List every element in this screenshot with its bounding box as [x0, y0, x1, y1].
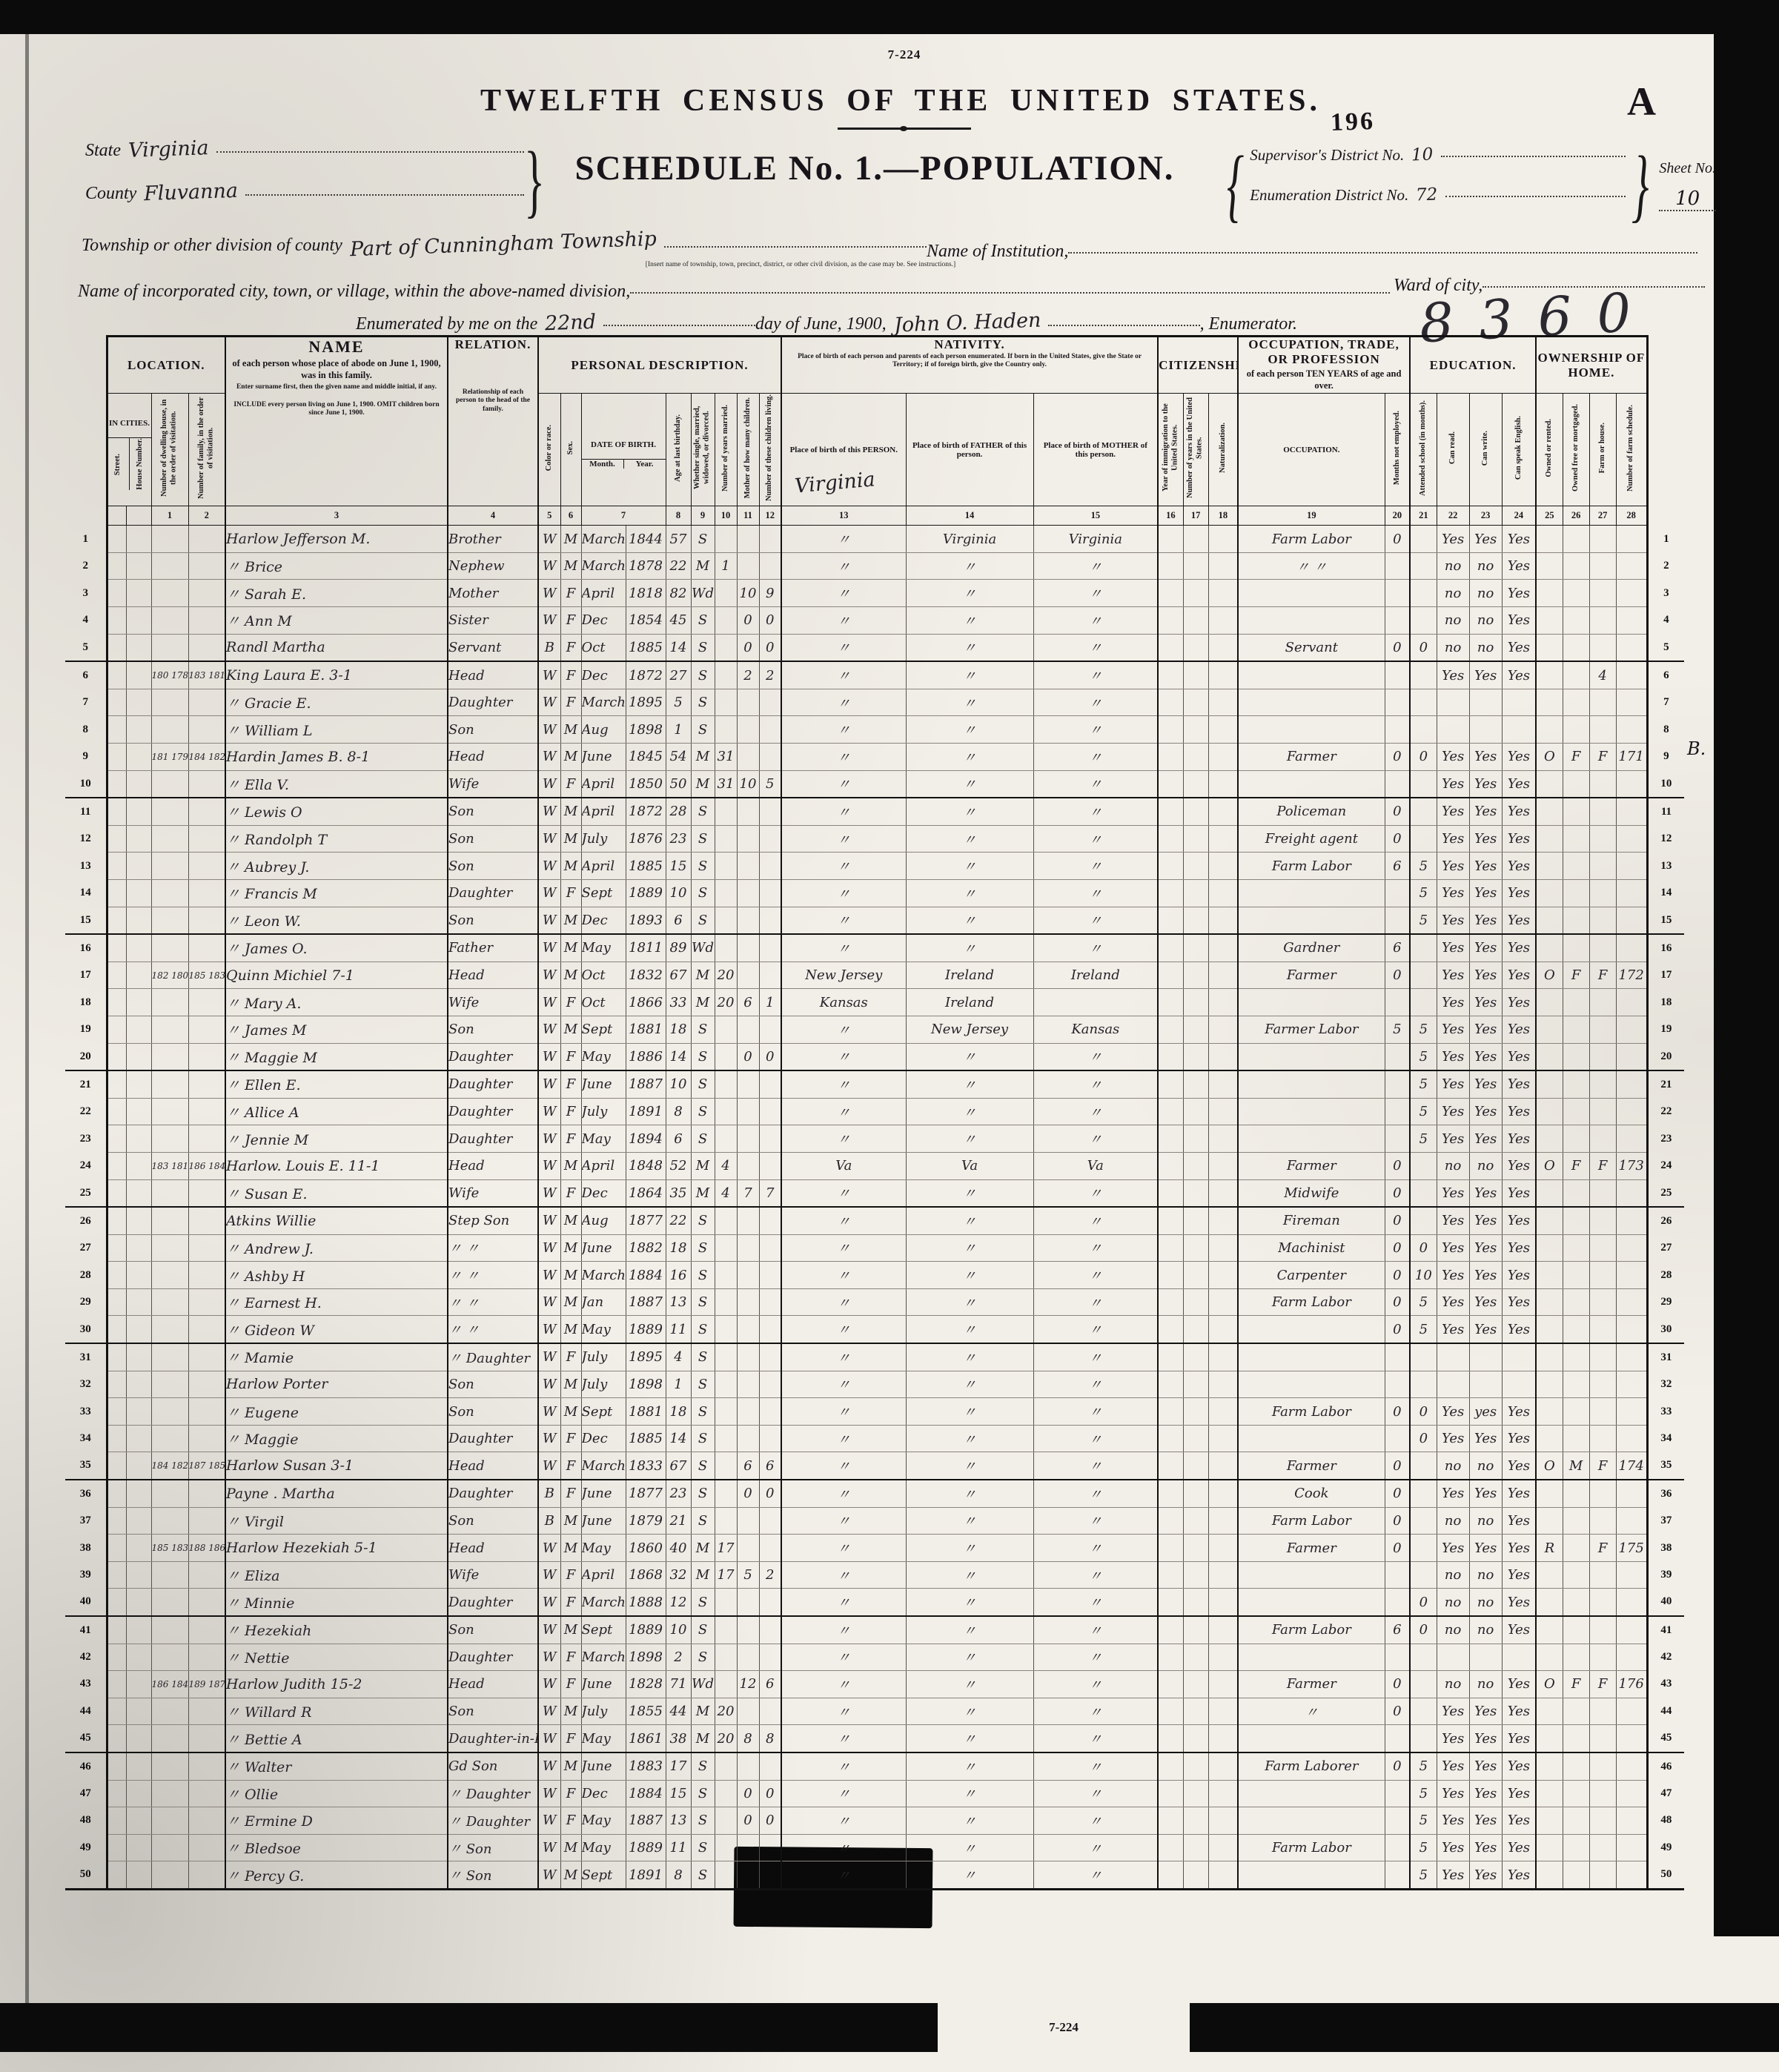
- cell-attended-school: 5: [1410, 1043, 1437, 1070]
- cell-sex: F: [560, 689, 581, 716]
- cell-owned-rented: [1536, 1425, 1563, 1452]
- cell-can-write: Yes: [1469, 1179, 1502, 1207]
- cell-age: 82: [666, 580, 691, 607]
- cell-birth-year: 1866: [626, 989, 666, 1016]
- cell-marital-status: S: [691, 1343, 715, 1371]
- cell-relation: Father: [448, 934, 538, 961]
- cell-occupation: Farmer: [1238, 1671, 1385, 1698]
- cell-months-not-employed: 0: [1385, 1507, 1410, 1535]
- cell-sex: M: [560, 1152, 581, 1179]
- cell-color-race: W: [538, 1671, 560, 1698]
- header-sex: Sex.: [560, 394, 581, 506]
- cell-farm-schedule: [1616, 689, 1647, 716]
- cell-name: 〃 Ollie: [225, 1780, 448, 1807]
- scan-border-top: [0, 0, 1779, 34]
- cell-can-speak-english: [1502, 1343, 1536, 1371]
- cell-mother-birthplace: 〃: [1033, 853, 1158, 880]
- cell-owned-rented: [1536, 1589, 1563, 1616]
- cell-years-married: [715, 1098, 737, 1125]
- cell-relation: Daughter: [448, 1098, 538, 1125]
- row-number-right: 14: [1647, 879, 1684, 907]
- cell-age: 22: [666, 1207, 691, 1234]
- row-number-left: 6: [65, 661, 107, 689]
- cell-naturalization: [1208, 689, 1238, 716]
- cell-mother-of: [737, 879, 759, 907]
- cell-color-race: W: [538, 934, 560, 961]
- cell-naturalization: [1208, 1288, 1238, 1316]
- cell-mother-birthplace: 〃: [1033, 744, 1158, 771]
- cell-years-married: 20: [715, 961, 737, 989]
- mother-of-label: Mother of how many children.: [743, 397, 753, 498]
- cell-mother-of: 2: [737, 661, 759, 689]
- cell-attended-school: [1410, 1535, 1437, 1562]
- cell-father-birthplace: 〃: [906, 744, 1033, 771]
- header-street: Street.: [113, 454, 123, 475]
- cell-immigration-year: [1158, 634, 1183, 661]
- cell-street: [107, 1535, 126, 1562]
- cell-years-married: [715, 634, 737, 661]
- cell-attended-school: 0: [1410, 634, 1437, 661]
- cell-birth-month: May: [581, 1807, 626, 1835]
- cell-years-in-us: [1183, 1098, 1208, 1125]
- cell-name: Payne . Martha: [225, 1480, 448, 1507]
- cell-can-speak-english: Yes: [1502, 853, 1536, 880]
- cell-owned-rented: [1536, 1834, 1563, 1861]
- table-row: 40〃 MinnieDaughterWFMarch188812S〃〃〃0nono…: [65, 1589, 1684, 1616]
- cell-attended-school: [1410, 934, 1437, 961]
- row-number-left: 37: [65, 1507, 107, 1535]
- cell-occupation: [1238, 1070, 1385, 1098]
- cell-birthplace: 〃: [781, 1343, 906, 1371]
- cell-birth-month: March: [581, 689, 626, 716]
- row-number-right: 45: [1647, 1725, 1684, 1752]
- cell-mother-birthplace: 〃: [1033, 1343, 1158, 1371]
- cell-marital-status: M: [691, 1152, 715, 1179]
- cell-birthplace: 〃: [781, 879, 906, 907]
- cell-birth-month: March: [581, 1644, 626, 1671]
- cell-color-race: W: [538, 1725, 560, 1752]
- cell-birth-year: 1876: [626, 825, 666, 853]
- row-number-right: 3: [1647, 580, 1684, 607]
- cell-children-living: 0: [759, 1043, 781, 1070]
- cell-color-race: W: [538, 1043, 560, 1070]
- cell-mother-birthplace: 〃: [1033, 1535, 1158, 1562]
- row-number-right: 21: [1647, 1070, 1684, 1098]
- cell-owned-rented: [1536, 1343, 1563, 1371]
- cell-attended-school: 0: [1410, 744, 1437, 771]
- cell-attended-school: [1410, 526, 1437, 553]
- cell-farm-house: [1589, 1644, 1616, 1671]
- cell-farm-schedule: [1616, 1480, 1647, 1507]
- cell-free-mortgaged: [1563, 1861, 1589, 1890]
- cell-relation: Head: [448, 1535, 538, 1562]
- cell-immigration-year: [1158, 1343, 1183, 1371]
- farm-schedule-label: Number of farm schedule.: [1626, 405, 1636, 491]
- cell-free-mortgaged: [1563, 1043, 1589, 1070]
- cell-name: 〃 James M: [225, 1016, 448, 1043]
- cell-can-write: Yes: [1469, 989, 1502, 1016]
- cell-street: [107, 1043, 126, 1070]
- cell-free-mortgaged: [1563, 853, 1589, 880]
- cell-age: 14: [666, 634, 691, 661]
- cell-can-write: Yes: [1469, 1480, 1502, 1507]
- cell-relation: Son: [448, 716, 538, 744]
- cell-father-birthplace: 〃: [906, 1834, 1033, 1861]
- cell-birth-year: 1891: [626, 1861, 666, 1890]
- cell-color-race: W: [538, 1125, 560, 1153]
- cell-street: [107, 1644, 126, 1671]
- cell-birthplace: 〃: [781, 1861, 906, 1890]
- cell-can-speak-english: Yes: [1502, 1561, 1536, 1589]
- cell-free-mortgaged: [1563, 1780, 1589, 1807]
- cell-immigration-year: [1158, 1671, 1183, 1698]
- cell-children-living: [759, 879, 781, 907]
- brace-left: {: [1227, 145, 1244, 226]
- cell-can-write: Yes: [1469, 1834, 1502, 1861]
- cell-marital-status: S: [691, 1207, 715, 1234]
- relation-title: RELATION.: [448, 337, 537, 352]
- table-row: 42〃 NettieDaughterWFMarch18982S〃〃〃42: [65, 1644, 1684, 1671]
- cell-free-mortgaged: [1563, 607, 1589, 635]
- row-number-right: 46: [1647, 1752, 1684, 1780]
- cell-father-birthplace: 〃: [906, 1207, 1033, 1234]
- cell-years-in-us: [1183, 1316, 1208, 1343]
- cell-street: [107, 1098, 126, 1125]
- row-number-left: 28: [65, 1262, 107, 1289]
- cell-house-number: [126, 1780, 151, 1807]
- col-number: 27: [1589, 506, 1616, 526]
- cell-house-number: [126, 1752, 151, 1780]
- cell-color-race: W: [538, 1834, 560, 1861]
- cell-can-write: Yes: [1469, 1262, 1502, 1289]
- cell-years-married: 20: [715, 989, 737, 1016]
- cell-birth-month: Sept: [581, 1616, 626, 1644]
- cell-owned-rented: [1536, 1698, 1563, 1725]
- cell-marital-status: S: [691, 716, 715, 744]
- cell-house-number: [126, 1371, 151, 1398]
- cell-marital-status: S: [691, 689, 715, 716]
- cell-occupation: [1238, 1425, 1385, 1452]
- cell-color-race: B: [538, 1480, 560, 1507]
- footer-form-number-text: 7-224: [1049, 2020, 1079, 2035]
- cell-can-read: Yes: [1437, 526, 1469, 553]
- cell-can-read: no: [1437, 1671, 1469, 1698]
- header-house-number: House Number.: [136, 438, 145, 490]
- cell-can-speak-english: Yes: [1502, 961, 1536, 989]
- can-speak-label: Can speak English.: [1514, 416, 1524, 480]
- cell-owned-rented: [1536, 1043, 1563, 1070]
- cell-mother-birthplace: 〃: [1033, 716, 1158, 744]
- cell-attended-school: [1410, 689, 1437, 716]
- cell-marital-status: M: [691, 961, 715, 989]
- cell-can-speak-english: Yes: [1502, 1807, 1536, 1835]
- cell-months-not-employed: 0: [1385, 1535, 1410, 1562]
- cell-can-write: Yes: [1469, 1780, 1502, 1807]
- cell-immigration-year: [1158, 1288, 1183, 1316]
- cell-can-speak-english: Yes: [1502, 934, 1536, 961]
- cell-naturalization: [1208, 526, 1238, 553]
- cell-relation: Head: [448, 744, 538, 771]
- cell-owned-rented: O: [1536, 961, 1563, 989]
- cell-free-mortgaged: [1563, 661, 1589, 689]
- in-cities-label: IN CITIES.: [108, 409, 151, 438]
- cell-relation: Head: [448, 1152, 538, 1179]
- cell-can-speak-english: Yes: [1502, 1262, 1536, 1289]
- col-number: 5: [538, 506, 560, 526]
- cell-can-speak-english: Yes: [1502, 1098, 1536, 1125]
- cell-house-number: [126, 1398, 151, 1426]
- cell-can-write: no: [1469, 1561, 1502, 1589]
- cell-birth-year: 1889: [626, 1616, 666, 1644]
- cell-age: 4: [666, 1343, 691, 1371]
- cell-attended-school: 0: [1410, 1589, 1437, 1616]
- cell-name: 〃 Ellen E.: [225, 1070, 448, 1098]
- cell-immigration-year: [1158, 1070, 1183, 1098]
- cell-dwelling-number: [151, 1234, 188, 1262]
- cell-months-not-employed: 6: [1385, 853, 1410, 880]
- row-number-left: 3: [65, 580, 107, 607]
- cell-can-read: [1437, 716, 1469, 744]
- cell-can-read: Yes: [1437, 879, 1469, 907]
- cell-months-not-employed: 0: [1385, 1179, 1410, 1207]
- cell-months-not-employed: [1385, 1343, 1410, 1371]
- cell-children-living: [759, 1644, 781, 1671]
- cell-marital-status: S: [691, 1234, 715, 1262]
- cell-occupation: Gardner: [1238, 934, 1385, 961]
- cell-sex: M: [560, 1316, 581, 1343]
- cell-farm-schedule: [1616, 552, 1647, 580]
- cell-mother-of: 12: [737, 1671, 759, 1698]
- cell-birth-year: 1881: [626, 1398, 666, 1426]
- cell-can-speak-english: Yes: [1502, 552, 1536, 580]
- cell-farm-house: [1589, 853, 1616, 880]
- cell-years-married: [715, 716, 737, 744]
- cell-years-married: [715, 1752, 737, 1780]
- cell-marital-status: M: [691, 1561, 715, 1589]
- cell-family-number: [188, 1234, 225, 1262]
- col-number: 12: [759, 506, 781, 526]
- cell-children-living: [759, 853, 781, 880]
- cell-name: 〃 Ermine D: [225, 1807, 448, 1835]
- cell-age: 18: [666, 1234, 691, 1262]
- cell-birthplace: 〃: [781, 1316, 906, 1343]
- cell-birthplace: 〃: [781, 1207, 906, 1234]
- cell-can-write: Yes: [1469, 853, 1502, 880]
- cell-name: 〃 Bledsoe: [225, 1834, 448, 1861]
- cell-mother-birthplace: 〃: [1033, 1043, 1158, 1070]
- cell-street: [107, 989, 126, 1016]
- cell-sex: F: [560, 661, 581, 689]
- cell-marital-status: S: [691, 1371, 715, 1398]
- cell-birth-year: 1872: [626, 661, 666, 689]
- cell-dwelling-number: 184 182: [151, 1452, 188, 1480]
- cell-birth-month: Dec: [581, 607, 626, 635]
- cell-relation: 〃 Son: [448, 1861, 538, 1890]
- cell-can-write: Yes: [1469, 1316, 1502, 1343]
- cell-children-living: [759, 1834, 781, 1861]
- cell-mother-birthplace: 〃: [1033, 1861, 1158, 1890]
- cell-attended-school: [1410, 770, 1437, 798]
- cell-farm-house: [1589, 1098, 1616, 1125]
- cell-mother-birthplace: 〃: [1033, 689, 1158, 716]
- cell-can-write: no: [1469, 1452, 1502, 1480]
- cell-can-write: Yes: [1469, 744, 1502, 771]
- cell-can-read: Yes: [1437, 1316, 1469, 1343]
- cell-occupation: [1238, 1861, 1385, 1890]
- header-family-number: Number of family, in the order of visita…: [188, 394, 225, 506]
- cell-birthplace: 〃: [781, 798, 906, 825]
- cell-occupation: [1238, 1043, 1385, 1070]
- col-number: 13: [781, 506, 906, 526]
- cell-farm-house: [1589, 1425, 1616, 1452]
- state-line: State Virginia: [85, 138, 524, 181]
- cell-birthplace: 〃: [781, 1398, 906, 1426]
- cell-family-number: [188, 1262, 225, 1289]
- children-living-label: Number of these children living.: [765, 394, 775, 501]
- cell-can-speak-english: Yes: [1502, 1288, 1536, 1316]
- cell-mother-of: 10: [737, 770, 759, 798]
- cell-years-married: [715, 1644, 737, 1671]
- cell-years-in-us: [1183, 1535, 1208, 1562]
- cell-immigration-year: [1158, 1207, 1183, 1234]
- cell-owned-rented: [1536, 798, 1563, 825]
- cell-sex: F: [560, 1644, 581, 1671]
- cell-mother-of: [737, 1752, 759, 1780]
- cell-mother-of: [737, 526, 759, 553]
- cell-age: 22: [666, 552, 691, 580]
- cell-years-in-us: [1183, 580, 1208, 607]
- cell-color-race: W: [538, 825, 560, 853]
- cell-mother-of: [737, 1616, 759, 1644]
- cell-can-write: yes: [1469, 1398, 1502, 1426]
- cell-years-married: [715, 907, 737, 934]
- col-number: 4: [448, 506, 538, 526]
- row-number-left: 33: [65, 1398, 107, 1426]
- table-row: 35184 182187 185Harlow Susan 3-1HeadWFMa…: [65, 1452, 1684, 1480]
- cell-father-birthplace: 〃: [906, 634, 1033, 661]
- cell-relation: 〃 〃: [448, 1316, 538, 1343]
- cell-mother-of: [737, 1070, 759, 1098]
- county-value: Fluvanna: [136, 179, 246, 205]
- margin-note: B.: [1687, 738, 1706, 759]
- cell-marital-status: M: [691, 744, 715, 771]
- header-occupation: OCCUPATION, TRADE, OR PROFESSION of each…: [1238, 337, 1410, 394]
- cell-farm-schedule: [1616, 607, 1647, 635]
- cell-color-race: W: [538, 1316, 560, 1343]
- row-number-right: 35: [1647, 1452, 1684, 1480]
- cell-birth-year: 1818: [626, 580, 666, 607]
- cell-age: 67: [666, 961, 691, 989]
- cell-mother-of: [737, 1125, 759, 1153]
- cell-mother-of: [737, 853, 759, 880]
- cell-can-write: no: [1469, 1507, 1502, 1535]
- cell-house-number: [126, 989, 151, 1016]
- cell-occupation: Policeman: [1238, 798, 1385, 825]
- cell-farm-schedule: [1616, 1207, 1647, 1234]
- cell-relation: Head: [448, 1452, 538, 1480]
- name-desc: of each person whose place of abode on J…: [226, 357, 447, 383]
- cell-mother-of: 10: [737, 580, 759, 607]
- cell-months-not-employed: [1385, 1834, 1410, 1861]
- cell-family-number: [188, 1725, 225, 1752]
- free-mortgaged-label: Owned free or mortgaged.: [1571, 404, 1581, 491]
- cell-house-number: [126, 607, 151, 635]
- cell-street: [107, 1616, 126, 1644]
- cell-can-speak-english: [1502, 689, 1536, 716]
- cell-age: 18: [666, 1398, 691, 1426]
- cell-age: 28: [666, 798, 691, 825]
- cell-immigration-year: [1158, 961, 1183, 989]
- cell-children-living: 0: [759, 607, 781, 635]
- cell-farm-house: [1589, 689, 1616, 716]
- cell-mother-of: [737, 1834, 759, 1861]
- cell-farm-house: [1589, 1179, 1616, 1207]
- cell-marital-status: S: [691, 661, 715, 689]
- cell-color-race: W: [538, 552, 560, 580]
- cell-farm-house: [1589, 770, 1616, 798]
- row-number-right: 41: [1647, 1616, 1684, 1644]
- header-relation: RELATION. Relationship of each person to…: [448, 337, 538, 506]
- cell-age: 17: [666, 1752, 691, 1780]
- cell-free-mortgaged: [1563, 879, 1589, 907]
- cell-birth-year: 1893: [626, 907, 666, 934]
- cell-children-living: [759, 1425, 781, 1452]
- cell-years-married: 20: [715, 1698, 737, 1725]
- cell-owned-rented: [1536, 825, 1563, 853]
- cell-marital-status: S: [691, 1834, 715, 1861]
- cell-mother-birthplace: 〃: [1033, 1452, 1158, 1480]
- cell-dwelling-number: [151, 634, 188, 661]
- cell-father-birthplace: 〃: [906, 1644, 1033, 1671]
- cell-father-birthplace: 〃: [906, 1452, 1033, 1480]
- cell-birth-month: May: [581, 1834, 626, 1861]
- cell-farm-schedule: [1616, 1561, 1647, 1589]
- table-row: 34〃 MaggieDaughterWFDec188514S〃〃〃0YesYes…: [65, 1425, 1684, 1452]
- cell-mother-of: [737, 1425, 759, 1452]
- cell-farm-schedule: [1616, 1780, 1647, 1807]
- cell-birth-year: 1850: [626, 770, 666, 798]
- cell-owned-rented: [1536, 607, 1563, 635]
- cell-immigration-year: [1158, 825, 1183, 853]
- cell-can-read: Yes: [1437, 1834, 1469, 1861]
- cell-can-write: no: [1469, 1671, 1502, 1698]
- cell-house-number: [126, 1725, 151, 1752]
- cell-children-living: 0: [759, 1807, 781, 1835]
- cell-house-number: [126, 1616, 151, 1644]
- cell-can-speak-english: Yes: [1502, 580, 1536, 607]
- table-row: 30〃 Gideon W〃 〃WMMay188911S〃〃〃05YesYesYe…: [65, 1316, 1684, 1343]
- row-number-left: 42: [65, 1644, 107, 1671]
- header-month: Month.: [582, 460, 623, 469]
- row-number-left: 15: [65, 907, 107, 934]
- cell-father-birthplace: Ireland: [906, 961, 1033, 989]
- scan-border-bottom: [0, 2003, 1779, 2052]
- cell-color-race: W: [538, 907, 560, 934]
- cell-name: Harlow Porter: [225, 1371, 448, 1398]
- cell-children-living: 6: [759, 1671, 781, 1698]
- cell-years-married: [715, 526, 737, 553]
- cell-age: 21: [666, 1507, 691, 1535]
- cell-color-race: W: [538, 716, 560, 744]
- cell-years-married: 20: [715, 1725, 737, 1752]
- cell-color-race: W: [538, 879, 560, 907]
- cell-occupation: Machinist: [1238, 1234, 1385, 1262]
- cell-birthplace: 〃: [781, 1016, 906, 1043]
- cell-years-married: [715, 1861, 737, 1890]
- cell-owned-rented: [1536, 1098, 1563, 1125]
- row-number-right: 1: [1647, 526, 1684, 553]
- row-number-left: 14: [65, 879, 107, 907]
